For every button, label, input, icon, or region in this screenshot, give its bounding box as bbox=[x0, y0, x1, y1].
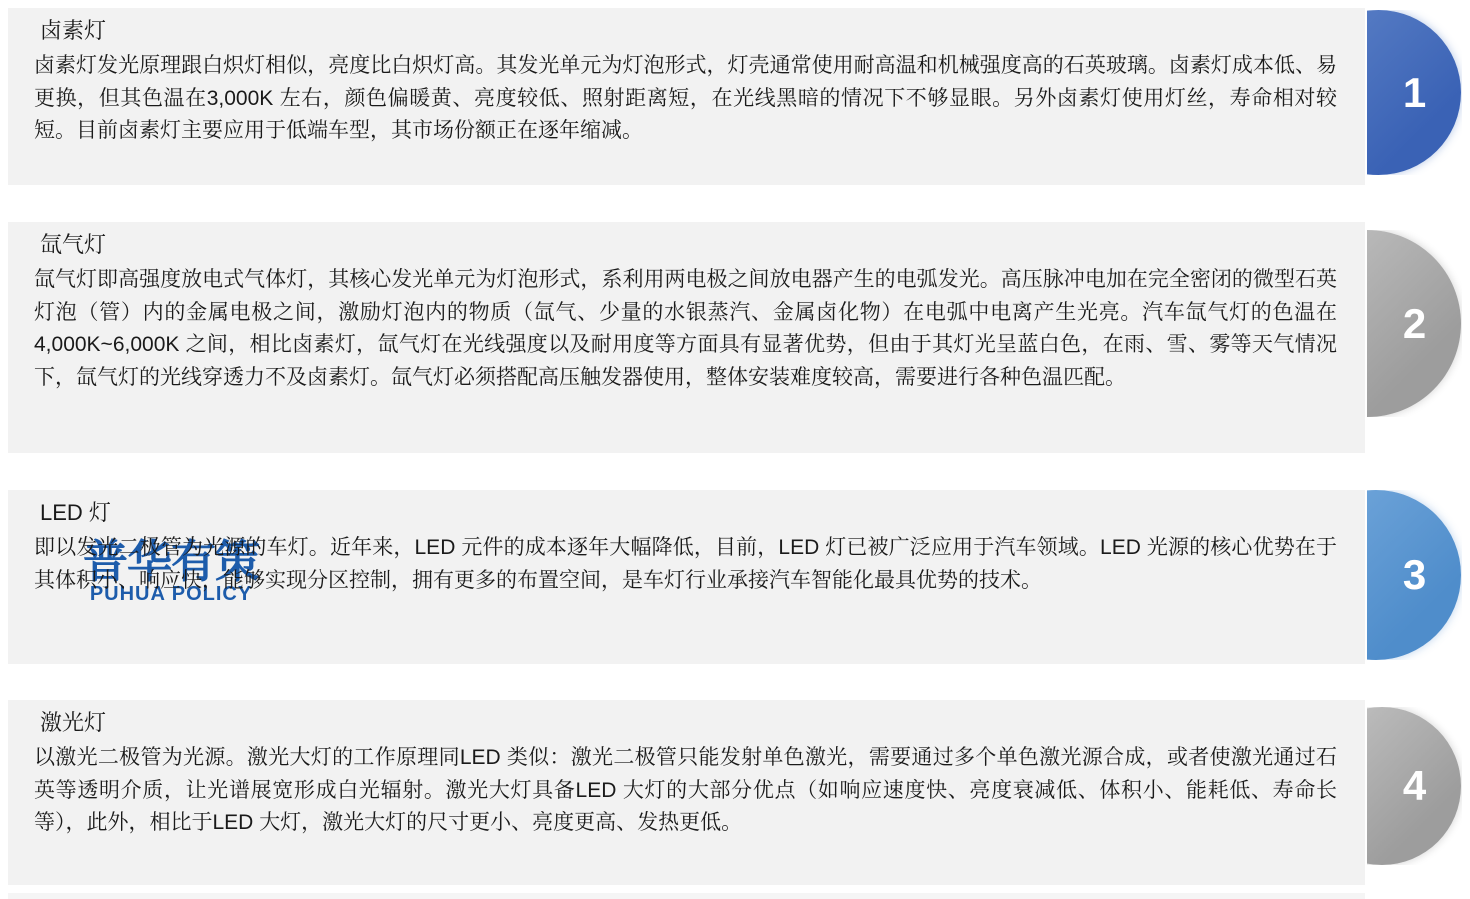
section-body: 氙气灯即高强度放电式气体灯，其核心发光单元为灯泡形式，系利用两电极之间放电器产生… bbox=[34, 264, 1337, 394]
number-label: 1 bbox=[1403, 69, 1426, 117]
section-body: 即以发光二极管为光源的车灯。近年来，LED 元件的成本逐年大幅降低，目前，LED… bbox=[34, 532, 1337, 597]
number-label: 4 bbox=[1403, 762, 1426, 810]
report-page: 卤素灯 卤素灯发光原理跟白炽灯相似，亮度比白炽灯高。其发光单元为灯泡形式，灯壳通… bbox=[0, 0, 1470, 899]
section-body: 以激光二极管为光源。激光大灯的工作原理同LED 类似：激光二极管只能发射单色激光… bbox=[34, 742, 1337, 840]
section-panel: 氙气灯 氙气灯即高强度放电式气体灯，其核心发光单元为灯泡形式，系利用两电极之间放… bbox=[8, 222, 1365, 453]
section-title: 激光灯 bbox=[40, 708, 1337, 738]
section-laser-lamp: 激光灯 以激光二极管为光源。激光大灯的工作原理同LED 类似：激光二极管只能发射… bbox=[8, 700, 1463, 885]
section-xenon-lamp: 氙气灯 氙气灯即高强度放电式气体灯，其核心发光单元为灯泡形式，系利用两电极之间放… bbox=[8, 222, 1463, 453]
number-label: 3 bbox=[1403, 551, 1426, 599]
section-title: 氙气灯 bbox=[40, 230, 1337, 260]
next-section-partial-strip bbox=[8, 893, 1365, 899]
section-number-badge: 2 bbox=[1367, 230, 1462, 417]
section-panel: 激光灯 以激光二极管为光源。激光大灯的工作原理同LED 类似：激光二极管只能发射… bbox=[8, 700, 1365, 885]
section-title: LED 灯 bbox=[40, 498, 1337, 528]
section-body: 卤素灯发光原理跟白炽灯相似，亮度比白炽灯高。其发光单元为灯泡形式，灯壳通常使用耐… bbox=[34, 50, 1337, 148]
section-number-badge: 4 bbox=[1367, 707, 1462, 865]
section-title: 卤素灯 bbox=[40, 16, 1337, 46]
section-led-lamp: 普华有策 PUHUA POLICY LED 灯 即以发光二极管为光源的车灯。近年… bbox=[8, 490, 1463, 664]
section-panel: 卤素灯 卤素灯发光原理跟白炽灯相似，亮度比白炽灯高。其发光单元为灯泡形式，灯壳通… bbox=[8, 8, 1365, 185]
section-panel: 普华有策 PUHUA POLICY LED 灯 即以发光二极管为光源的车灯。近年… bbox=[8, 490, 1365, 664]
section-number-badge: 3 bbox=[1367, 490, 1462, 660]
section-halogen-lamp: 卤素灯 卤素灯发光原理跟白炽灯相似，亮度比白炽灯高。其发光单元为灯泡形式，灯壳通… bbox=[8, 8, 1463, 185]
section-number-badge: 1 bbox=[1367, 10, 1462, 175]
number-label: 2 bbox=[1403, 300, 1426, 348]
